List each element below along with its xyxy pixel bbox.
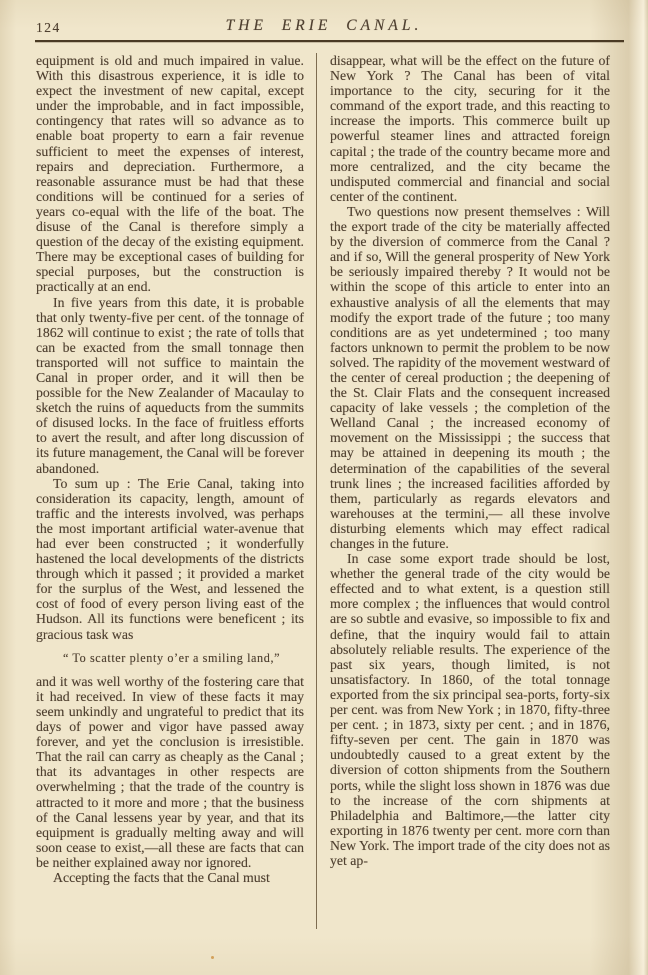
paragraph: equipment is old and much impaired in va… (36, 53, 304, 295)
left-column: equipment is old and much impaired in va… (36, 53, 304, 929)
scan-artifact (211, 956, 214, 959)
paragraph: To sum up : The Erie Canal, taking into … (36, 476, 304, 642)
header-rule (35, 40, 624, 42)
paragraph: disappear, what will be the effect on th… (330, 53, 610, 204)
paragraph: In case some export trade should be lost… (330, 551, 610, 868)
verse-quote: “ To scatter plenty o’er a smiling land,… (36, 651, 304, 666)
right-column: disappear, what will be the effect on th… (330, 53, 610, 929)
paragraph: Two questions now present themselves : W… (330, 204, 610, 551)
text-columns: equipment is old and much impaired in va… (36, 53, 610, 929)
paragraph: and it was well worthy of the fostering … (36, 674, 304, 870)
paragraph: Accepting the facts that the Canal must (36, 870, 304, 885)
page-header: 124 THE ERIE CANAL. (36, 17, 612, 37)
paragraph: In five years from this date, it is prob… (36, 295, 304, 476)
page-title: THE ERIE CANAL. (36, 17, 612, 35)
book-page: 124 THE ERIE CANAL. equipment is old and… (0, 0, 648, 975)
column-divider (316, 53, 317, 929)
